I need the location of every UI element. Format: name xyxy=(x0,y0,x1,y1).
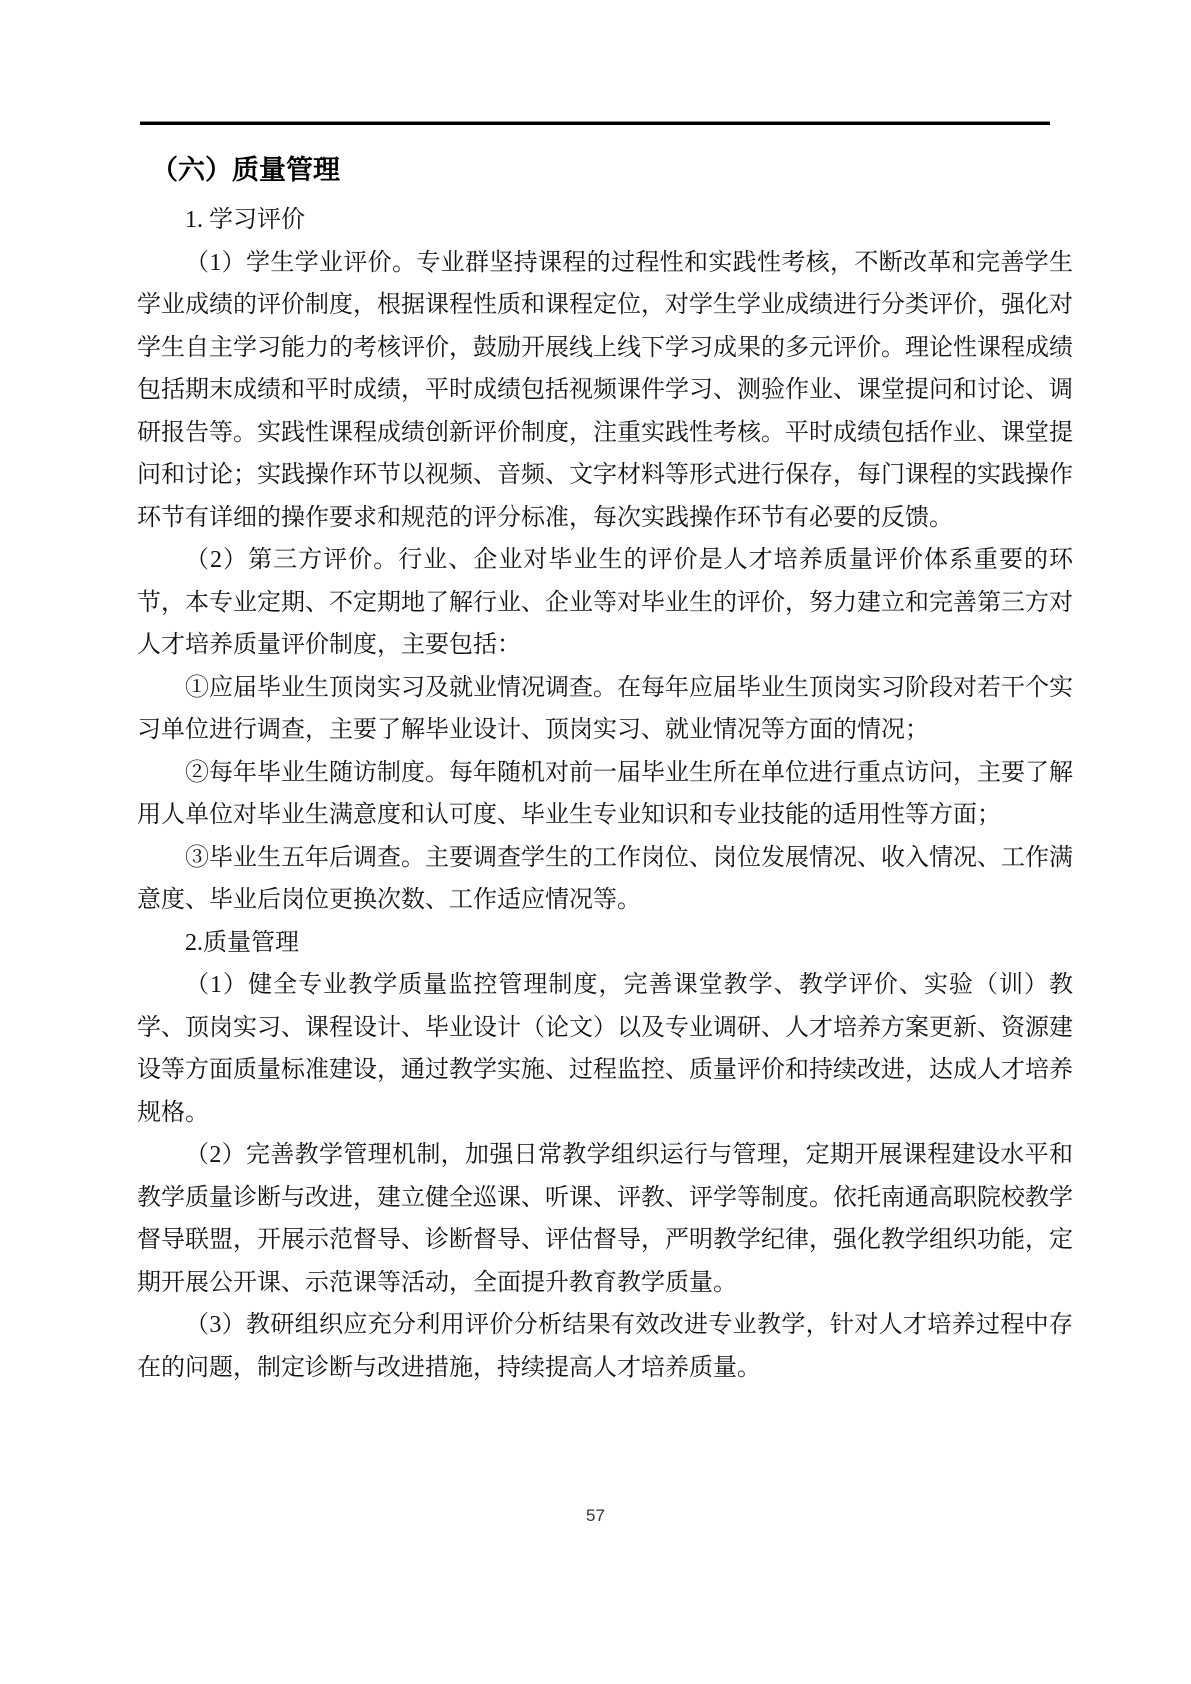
paragraph-quality-management-2: （2）完善教学管理机制，加强日常教学组织运行与管理，定期开展课程建设水平和教学质… xyxy=(137,1134,1073,1304)
paragraph-survey-item-3: ③毕业生五年后调查。主要调查学生的工作岗位、岗位发展情况、收入情况、工作满意度、… xyxy=(137,837,1073,922)
page-number: 57 xyxy=(0,1506,1191,1526)
paragraph-quality-management-3: （3）教研组织应充分利用评价分析结果有效改进专业教学，针对人才培养过程中存在的问… xyxy=(137,1304,1073,1389)
subsection-title-2: 2.质量管理 xyxy=(137,922,1073,965)
paragraph-survey-item-2: ②每年毕业生随访制度。每年随机对前一届毕业生所在单位进行重点访问，主要了解用人单… xyxy=(137,752,1073,837)
paragraph-student-evaluation: （1）学生学业评价。专业群坚持课程的过程性和实践性考核，不断改革和完善学生学业成… xyxy=(137,242,1073,540)
paragraph-third-party-evaluation: （2）第三方评价。行业、企业对毕业生的评价是人才培养质量评价体系重要的环节，本专… xyxy=(137,539,1073,667)
content-area: （六）质量管理 1. 学习评价 （1）学生学业评价。专业群坚持课程的过程性和实践… xyxy=(137,125,1073,1389)
paragraph-quality-management-1: （1）健全专业教学质量监控管理制度，完善课堂教学、教学评价、实验（训）教学、顶岗… xyxy=(137,964,1073,1134)
page: （六）质量管理 1. 学习评价 （1）学生学业评价。专业群坚持课程的过程性和实践… xyxy=(0,0,1191,1684)
section-heading: （六）质量管理 xyxy=(151,153,1073,187)
paragraph-survey-item-1: ①应届毕业生顶岗实习及就业情况调查。在每年应届毕业生顶岗实习阶段对若干个实习单位… xyxy=(137,667,1073,752)
subsection-title-1: 1. 学习评价 xyxy=(137,199,1073,242)
